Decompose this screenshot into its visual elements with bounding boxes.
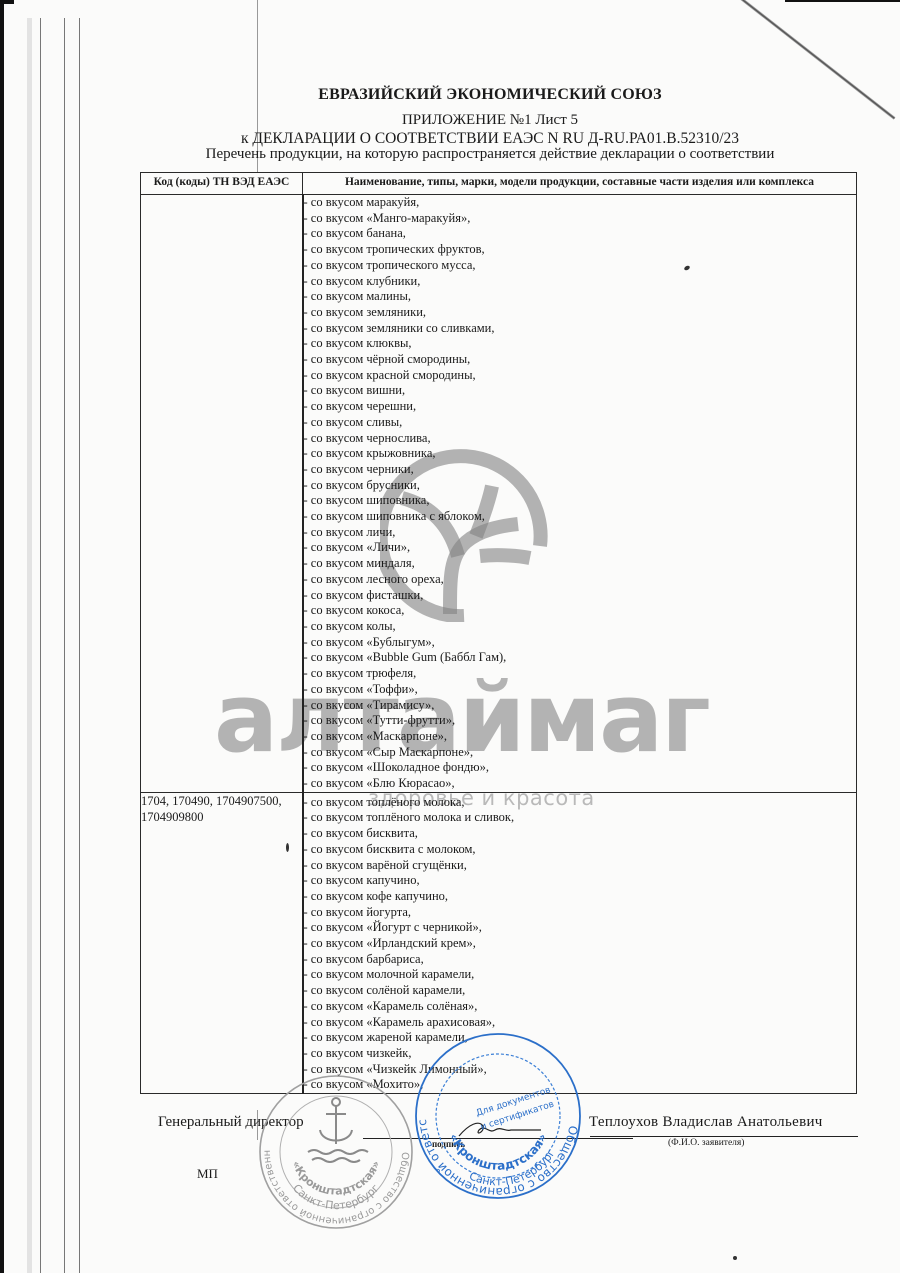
signer-role: Генеральный директор xyxy=(158,1114,304,1131)
list-caption: Перечень продукции, на которую распростр… xyxy=(40,146,900,163)
list-item: - со вкусом топлёного молока, xyxy=(304,795,857,811)
list-item: - со вкусом «Тутти-фрутти», xyxy=(304,713,857,729)
stamp-place-label: МП xyxy=(197,1166,218,1182)
list-item: - со вкусом «Ирландский крем», xyxy=(304,936,857,952)
list-item: - со вкусом кофе капучино, xyxy=(304,889,857,905)
list-item: - со вкусом молочной карамели, xyxy=(304,967,857,983)
list-item: - со вкусом миндаля, xyxy=(304,556,857,572)
hs-code-cell xyxy=(141,195,303,793)
list-item: - со вкусом бисквита, xyxy=(304,826,857,842)
list-item: - со вкусом черники, xyxy=(304,462,857,478)
list-item: - со вкусом черешни, xyxy=(304,399,857,415)
list-item: - со вкусом чернослива, xyxy=(304,431,857,447)
list-item: - со вкусом клубники, xyxy=(304,274,857,290)
list-item: - со вкусом «Карамель арахисовая», xyxy=(304,1015,857,1031)
union-title: ЕВРАЗИЙСКИЙ ЭКОНОМИЧЕСКИЙ СОЮЗ xyxy=(40,86,900,104)
signature-block: Генеральный директор подпись Теплоухов В… xyxy=(0,1114,900,1174)
list-item: - со вкусом «Бублыгум», xyxy=(304,635,857,651)
list-item: - со вкусом жареной карамели, xyxy=(304,1030,857,1046)
list-item: - со вкусом личи, xyxy=(304,525,857,541)
list-item: - со вкусом земляники, xyxy=(304,305,857,321)
scan-edge xyxy=(0,0,14,4)
list-item: - со вкусом сливы, xyxy=(304,415,857,431)
list-item: - со вкусом бисквита с молоком, xyxy=(304,842,857,858)
list-item: - со вкусом банана, xyxy=(304,226,857,242)
list-item: - со вкусом колы, xyxy=(304,619,857,635)
svg-text:Санкт-Петербург: Санкт-Петербург xyxy=(290,1181,382,1212)
stamp-city: Санкт-Петербург xyxy=(290,1181,382,1212)
list-item: - со вкусом чёрной смородины, xyxy=(304,352,857,368)
scan-edge xyxy=(0,0,4,1273)
header-code: Код (коды) ТН ВЭД ЕАЭС xyxy=(141,173,303,195)
binding-line xyxy=(40,18,41,1273)
list-item: - со вкусом малины, xyxy=(304,289,857,305)
list-item: - со вкусом «Маскарпоне», xyxy=(304,729,857,745)
binding-line xyxy=(79,18,80,1273)
list-item: - со вкусом лесного ореха, xyxy=(304,572,857,588)
binding-line xyxy=(64,18,65,1273)
list-item: - со вкусом чизкейк, xyxy=(304,1046,857,1062)
list-item: - со вкусом «Блю Кюрасао», xyxy=(304,776,857,792)
list-item: - со вкусом солёной карамели, xyxy=(304,983,857,999)
list-item: - со вкусом тропических фруктов, xyxy=(304,242,857,258)
list-item: - со вкусом земляники со сливками, xyxy=(304,321,857,337)
list-item: - со вкусом трюфеля, xyxy=(304,666,857,682)
list-item: - со вкусом «Мохито», xyxy=(304,1077,857,1093)
list-item: - со вкусом «Чизкейк Лимонный», xyxy=(304,1062,857,1078)
name-line xyxy=(590,1136,858,1137)
list-item: - со вкусом красной смородины, xyxy=(304,368,857,384)
list-item: - со вкусом «Сыр Маскарпоне», xyxy=(304,745,857,761)
name-caption: (Ф.И.О. заявителя) xyxy=(668,1138,744,1148)
list-item: - со вкусом «Манго-маракуйя», xyxy=(304,211,857,227)
list-item: - со вкусом крыжовника, xyxy=(304,446,857,462)
appendix-title: ПРИЛОЖЕНИЕ №1 Лист 5 xyxy=(40,112,900,129)
product-names-cell: - со вкусом маракуйя,- со вкусом «Манго-… xyxy=(303,195,857,793)
table-row: - со вкусом маракуйя,- со вкусом «Манго-… xyxy=(141,195,857,793)
product-names-cell: - со вкусом топлёного молока,- со вкусом… xyxy=(303,792,857,1093)
binding-line xyxy=(27,18,32,1273)
table-row: 1704, 170490, 1704907500, 1704909800- со… xyxy=(141,792,857,1093)
list-item: - со вкусом «Карамель солёная», xyxy=(304,999,857,1015)
scan-speck xyxy=(733,1256,737,1260)
list-item: - со вкусом «Йогурт с черникой», xyxy=(304,920,857,936)
list-item: - со вкусом вишни, xyxy=(304,383,857,399)
list-item: - со вкусом тропического мусса, xyxy=(304,258,857,274)
list-item: - со вкусом «Тирамису», xyxy=(304,698,857,714)
list-item: - со вкусом брусники, xyxy=(304,478,857,494)
hs-code-cell: 1704, 170490, 1704907500, 1704909800 xyxy=(141,792,303,1093)
handwritten-signature-icon xyxy=(455,1118,545,1142)
list-item: - со вкусом «Тоффи», xyxy=(304,682,857,698)
list-item: - со вкусом шиповника, xyxy=(304,493,857,509)
list-item: - со вкусом варёной сгущёнки, xyxy=(304,858,857,874)
list-item: - со вкусом барбариса, xyxy=(304,952,857,968)
list-item: - со вкусом шиповника с яблоком, xyxy=(304,509,857,525)
product-table: Код (коды) ТН ВЭД ЕАЭС Наименование, тип… xyxy=(140,172,857,1094)
list-item: - со вкусом фисташки, xyxy=(304,588,857,604)
list-item: - со вкусом «Шоколадное фондю», xyxy=(304,760,857,776)
page-corner-edge xyxy=(785,0,900,2)
list-item: - со вкусом капучино, xyxy=(304,873,857,889)
list-item: - со вкусом маракуйя, xyxy=(304,195,857,211)
signature-caption: подпись xyxy=(432,1139,465,1149)
list-item: - со вкусом клюквы, xyxy=(304,336,857,352)
list-item: - со вкусом кокоса, xyxy=(304,603,857,619)
header-name: Наименование, типы, марки, модели продук… xyxy=(303,173,857,195)
scan-speck xyxy=(286,843,289,852)
list-item: - со вкусом йогурта, xyxy=(304,905,857,921)
list-item: - со вкусом «Bubble Gum (Баббл Гам), xyxy=(304,650,857,666)
signer-name: Теплоухов Владислав Анатольевич xyxy=(589,1114,823,1131)
list-item: - со вкусом «Личи», xyxy=(304,540,857,556)
list-item: - со вкусом топлёного молока и сливок, xyxy=(304,810,857,826)
